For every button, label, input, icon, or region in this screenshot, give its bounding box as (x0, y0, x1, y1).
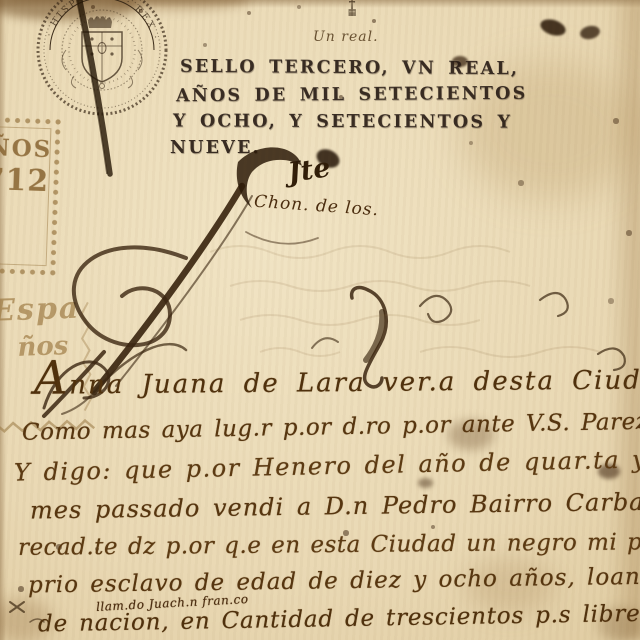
handwritten-line-5: recad.te dz p.or q.e en esta Ciudad un n… (18, 529, 640, 561)
notary-rubric-mark: Jte (286, 152, 332, 189)
printed-line-2: AÑOS DE MIL SETECIENTOS (176, 84, 528, 106)
handwritten-line-6: prio esclavo de edad de diez y ocho años… (28, 564, 640, 599)
revalidation-stamp-1712: ÑOS 712 (0, 117, 61, 276)
notary-rubric-caption: Chon. de los. (253, 192, 379, 221)
handwritten-line-1: Anna Juana de Lara ver.a desta Ciudad (34, 363, 640, 401)
ink-blot (538, 16, 567, 38)
seal-crown-icon (88, 16, 112, 28)
fee-note: Un real. (313, 29, 379, 45)
ink-blot (579, 24, 601, 41)
stamp-year-text: ÑOS (0, 134, 53, 163)
quill-flourish (94, 186, 242, 392)
printed-line-4: NUEVE. (170, 138, 261, 158)
monogram-glyph: ▦ (341, 9, 363, 18)
ink-blot (418, 478, 433, 488)
handwritten-line-2: Como mas aya lug.r p.or d.ro p.or ante V… (22, 408, 640, 445)
stamp-year-number: 712 (0, 162, 50, 199)
printed-line-3: Y OCHO, Y SETECIENTOS Y (173, 111, 512, 132)
printed-line-1: SELLO TERCERO, VN REAL, (180, 57, 519, 79)
handwritten-line-4: mes passado vendi a D.n Pedro Bairro Car… (30, 487, 640, 524)
handwritten-line-3: Y digo: que p.or Henero del año de quar.… (14, 445, 640, 486)
manuscript-page: · HISPANIAR · REX · ÑOS 712 Espa ños † ▦… (0, 0, 640, 640)
margin-cross-mark (10, 602, 24, 612)
printers-cross-mark: † ▦ (341, 0, 363, 18)
bleed-through-marks (210, 246, 600, 357)
